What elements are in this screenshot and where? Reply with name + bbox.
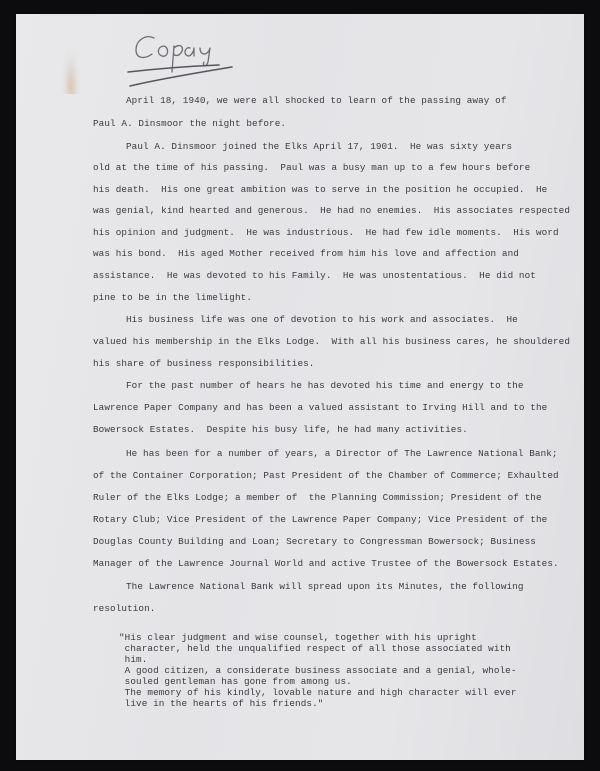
text-line: assistance. He was devoted to his Family… (93, 270, 536, 282)
text-line: valued his membership in the Elks Lodge.… (93, 336, 570, 348)
text-line: For the past number of hears he has devo… (126, 380, 524, 392)
resolution-quote-line: "His clear judgment and wise counsel, to… (119, 633, 477, 644)
text-line: his share of business responsibilities. (93, 358, 314, 370)
text-line: Lawrence Paper Company and has been a va… (93, 402, 547, 414)
resolution-quote-line: The memory of his kindly, lovable nature… (119, 688, 517, 699)
text-line: Bowersock Estates. Despite his busy life… (93, 424, 468, 436)
copy-annotation (124, 32, 254, 94)
text-line: Paul A. Dinsmoor joined the Elks April 1… (126, 141, 512, 153)
text-line: resolution. (93, 603, 155, 615)
text-line: of the Container Corporation; Past Presi… (93, 470, 559, 482)
text-line: He has been for a number of years, a Dir… (126, 448, 558, 460)
text-line: pine to be in the limelight. (93, 292, 252, 304)
text-line: His business life was one of devotion to… (126, 314, 518, 326)
text-line: Manager of the Lawrence Journal World an… (93, 558, 559, 570)
text-line: Rotary Club; Vice President of the Lawre… (93, 514, 547, 526)
text-line: The Lawrence National Bank will spread u… (126, 581, 524, 593)
text-line: April 18, 1940, we were all shocked to l… (126, 95, 507, 107)
text-line: his death. His one great ambition was to… (93, 184, 547, 196)
resolution-quote-line: souled gentleman has gone from among us. (119, 677, 352, 688)
text-line: Ruler of the Elks Lodge; a member of the… (93, 492, 542, 504)
resolution-quote-line: him. (119, 655, 147, 666)
paper-stain (61, 46, 81, 94)
text-line: Paul A. Dinsmoor the night before. (93, 118, 286, 130)
resolution-quote-line: live in the hearts of his friends." (119, 699, 323, 710)
handwritten-copy-icon (124, 32, 254, 94)
text-line: old at the time of his passing. Paul was… (93, 162, 530, 174)
text-line: Douglas County Building and Loan; Secret… (93, 536, 536, 548)
text-line: his opinion and judgment. He was industr… (93, 227, 559, 239)
resolution-quote-line: character, held the unqualified respect … (119, 644, 511, 655)
text-line: was genial, kind hearted and generous. H… (93, 205, 570, 217)
text-line: was his bond. His aged Mother received f… (93, 248, 519, 260)
resolution-quote-line: A good citizen, a considerate business a… (119, 666, 517, 677)
